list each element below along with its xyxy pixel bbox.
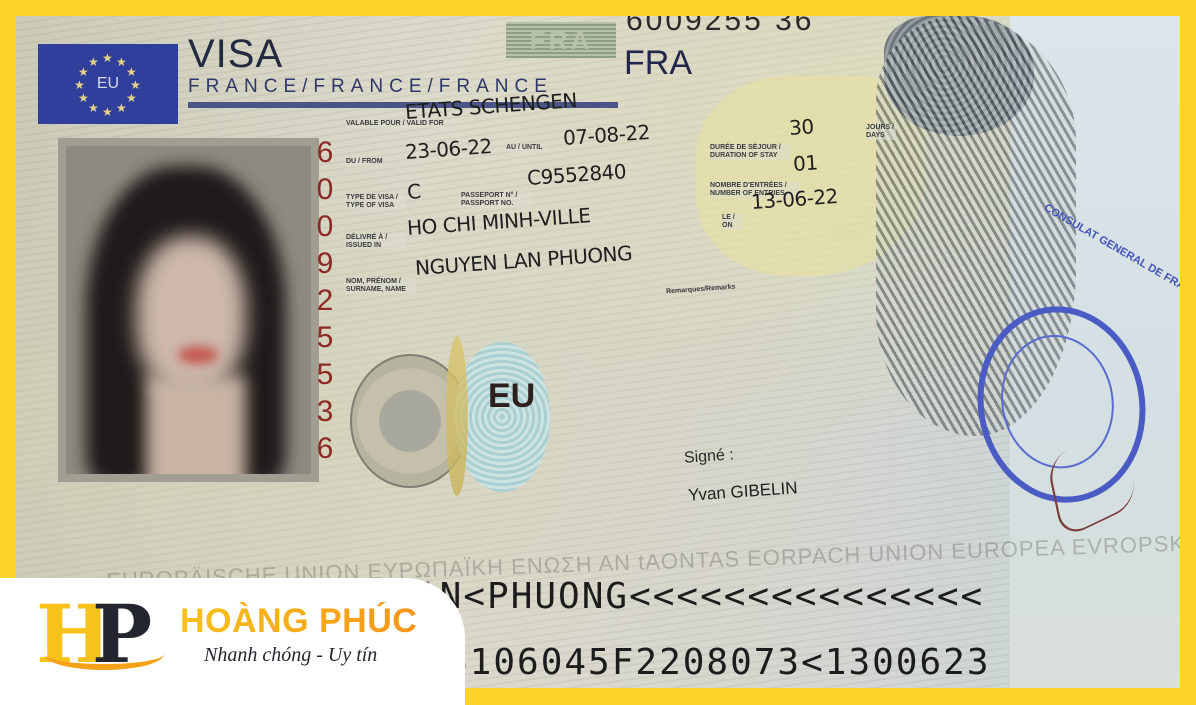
brand-watermark: H P HOÀNG PHÚC Nhanh chóng - Uy tín [0, 578, 465, 705]
value-passport-no: C9552840 [526, 159, 626, 190]
value-number-of-entries: 01 [792, 150, 818, 176]
value-until: 07-08-22 [562, 120, 650, 150]
eu-flag-icon: ★ ★ ★ ★ ★ ★ ★ ★ ★ ★ ★ ★ EU [38, 44, 178, 124]
label-days-unit: Jours / Days [866, 124, 896, 140]
visa-title: VISA [188, 32, 283, 77]
eu-flag-label: EU [97, 75, 119, 93]
brand-slogan: Nhanh chóng - Uy tín [204, 644, 377, 667]
hologram-gold-strip [446, 336, 468, 496]
value-type-of-visa: C [406, 179, 421, 204]
value-from: 23-06-22 [404, 134, 492, 164]
label-issued-in: Délivré à / Issued in [346, 234, 406, 250]
signer-name: Yvan GIBELIN [687, 478, 798, 506]
mrz-line-2: 6106045F2208073<1300623 [446, 642, 991, 683]
holder-photo-blurred [58, 138, 319, 482]
eu-hologram: EU [346, 336, 506, 506]
photo-lips [178, 346, 218, 364]
issuing-state-code: FRA [624, 44, 692, 83]
label-until: Au / Until [506, 144, 546, 152]
hp-logo-icon: H P [36, 594, 176, 674]
serial-number-vertical: 600925536 [312, 134, 338, 467]
fra-emblem: FRA [506, 22, 616, 58]
mrz-line-1: AN<PHUONG<<<<<<<<<<<<<<< [416, 576, 984, 617]
label-name: Nom, prénom / Surname, name [346, 278, 416, 294]
label-on: Le / On [722, 214, 742, 230]
value-issued-in: HO CHI MINH-VILLE [406, 203, 591, 240]
value-name: NGUYEN LAN PHUONG [414, 241, 632, 280]
label-type-of-visa: Type de visa / Type of visa [346, 194, 406, 210]
label-duration-of-stay: Durée de séjour / Duration of stay [710, 144, 790, 160]
photo-face [136, 236, 246, 396]
hologram-pattern [454, 342, 550, 492]
brand-name: HOÀNG PHÚC [180, 602, 417, 641]
serial-number-top: 6009255 36 [626, 16, 815, 38]
eu-stars-circle: ★ ★ ★ ★ ★ ★ ★ ★ ★ ★ ★ ★ EU [76, 52, 140, 116]
logo-swoosh-icon [44, 638, 164, 670]
photo-neck [146, 376, 246, 482]
label-from: Du / From [346, 158, 383, 166]
signed-label: Signé : [683, 446, 734, 467]
label-passport-no: Passeport n° / Passport No. [461, 192, 531, 208]
value-duration-of-stay: 30 [788, 114, 814, 140]
hologram-eu-letters: EU [488, 376, 518, 416]
remarks-label: Remarques/Remarks [666, 284, 736, 296]
